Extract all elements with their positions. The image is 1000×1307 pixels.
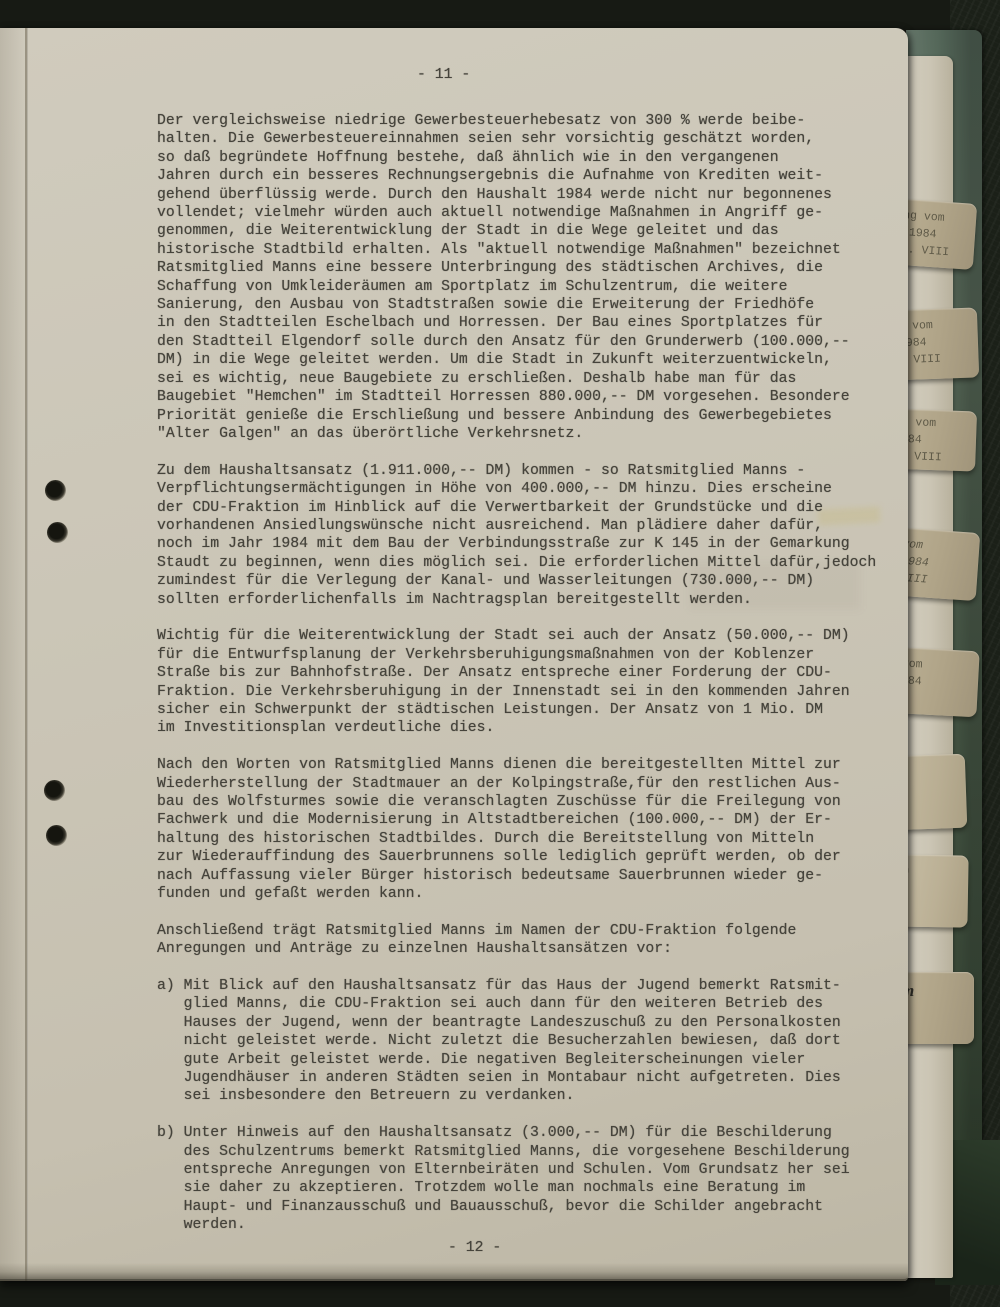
punch-hole: [46, 825, 67, 846]
paragraph-item-a: a) Mit Blick auf den Haushaltsansatz für…: [157, 977, 902, 1106]
punch-hole: [45, 480, 66, 501]
paragraph-item-b: b) Unter Hinweis auf den Haushaltsansatz…: [157, 1124, 902, 1234]
tab-label: . VIII: [899, 349, 979, 369]
page-number-top: - 11 -: [417, 66, 470, 84]
punch-hole: [47, 522, 68, 543]
punch-hole: [44, 780, 65, 801]
paragraph: Wichtig für die Weiterentwicklung der St…: [157, 627, 902, 737]
page-fold-line: [25, 28, 28, 1281]
paragraph: Anschließend trägt Ratsmitglied Manns im…: [157, 922, 902, 959]
tab-label: m: [903, 863, 968, 881]
tab-label: !: [901, 1000, 974, 1018]
page-number-bottom: - 12 -: [448, 1239, 501, 1257]
page-left-margin-shade: [0, 28, 26, 1281]
tab-label: X: [900, 689, 978, 710]
document-page: - 11 - Der vergleichsweise niedrige Gewe…: [0, 28, 908, 1281]
scanned-binder-page: ng vom .1984 P. VIII g vom 1984 . VIII l…: [0, 0, 1000, 1307]
tab-label: VIII: [900, 448, 976, 468]
paragraph: Zu dem Haushaltsansatz (1.911.000,-- DM)…: [157, 462, 902, 609]
paragraph: Der vergleichsweise niedrige Gewerbesteu…: [157, 112, 902, 443]
paragraph: Nach den Worten von Ratsmitglied Manns d…: [157, 756, 902, 903]
tab-label: m: [901, 982, 974, 1000]
page-bottom-edge: [0, 1263, 908, 1281]
document-body: Der vergleichsweise niedrige Gewerbesteu…: [157, 112, 902, 1253]
